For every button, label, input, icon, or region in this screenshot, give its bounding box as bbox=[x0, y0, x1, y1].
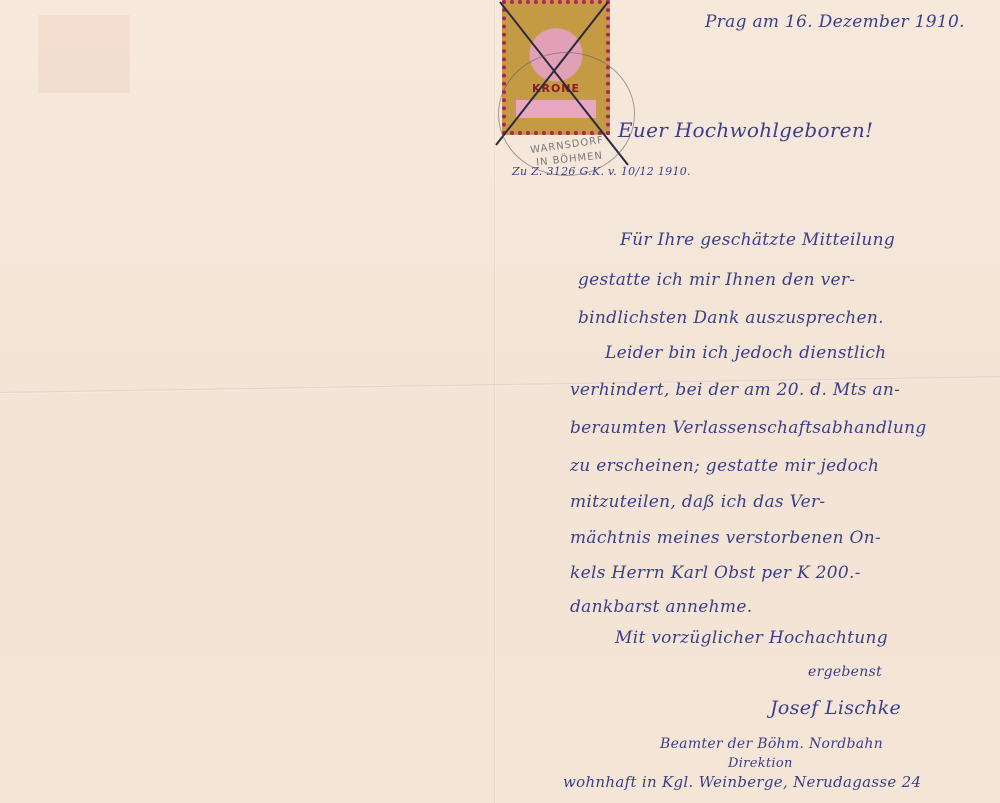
faded-stamp-mark bbox=[38, 15, 130, 93]
signature: Josef Lischke bbox=[770, 697, 901, 719]
salutation: Euer Hochwohlgeboren! bbox=[618, 118, 873, 142]
body-line: bindlichsten Dank auszusprechen. bbox=[578, 308, 884, 328]
body-line: verhindert, bei der am 20. d. Mts an- bbox=[570, 380, 900, 400]
body-line: gestatte ich mir Ihnen den ver- bbox=[578, 270, 855, 290]
letter-sheet: KRONE WARNSDORF IN BÖHMEN Prag am 16. De… bbox=[0, 0, 1000, 803]
closing: Mit vorzüglicher Hochachtung bbox=[615, 628, 888, 648]
title-line: Beamter der Böhm. Nordbahn bbox=[660, 736, 883, 752]
place-date: Prag am 16. Dezember 1910. bbox=[705, 12, 965, 32]
body-line: mitzuteilen, daß ich das Ver- bbox=[570, 492, 825, 512]
title-line-direktion: Direktion bbox=[728, 756, 793, 771]
body-line: beraumten Verlassenschaftsabhandlung bbox=[570, 418, 927, 438]
reference-number: Zu Z. 3126 G.K. v. 10/12 1910. bbox=[512, 165, 691, 178]
body-line: zu erscheinen; gestatte mir jedoch bbox=[570, 456, 879, 476]
closing-ergebenst: ergebenst bbox=[808, 664, 882, 680]
address-line: wohnhaft in Kgl. Weinberge, Nerudagasse … bbox=[563, 773, 921, 791]
body-line: mächtnis meines verstorbenen On- bbox=[570, 528, 881, 548]
body-line: Für Ihre geschätzte Mitteilung bbox=[620, 230, 895, 250]
body-line: Leider bin ich jedoch dienstlich bbox=[605, 343, 886, 363]
body-line: dankbarst annehme. bbox=[570, 597, 752, 617]
body-line: kels Herrn Karl Obst per K 200.- bbox=[570, 563, 861, 583]
